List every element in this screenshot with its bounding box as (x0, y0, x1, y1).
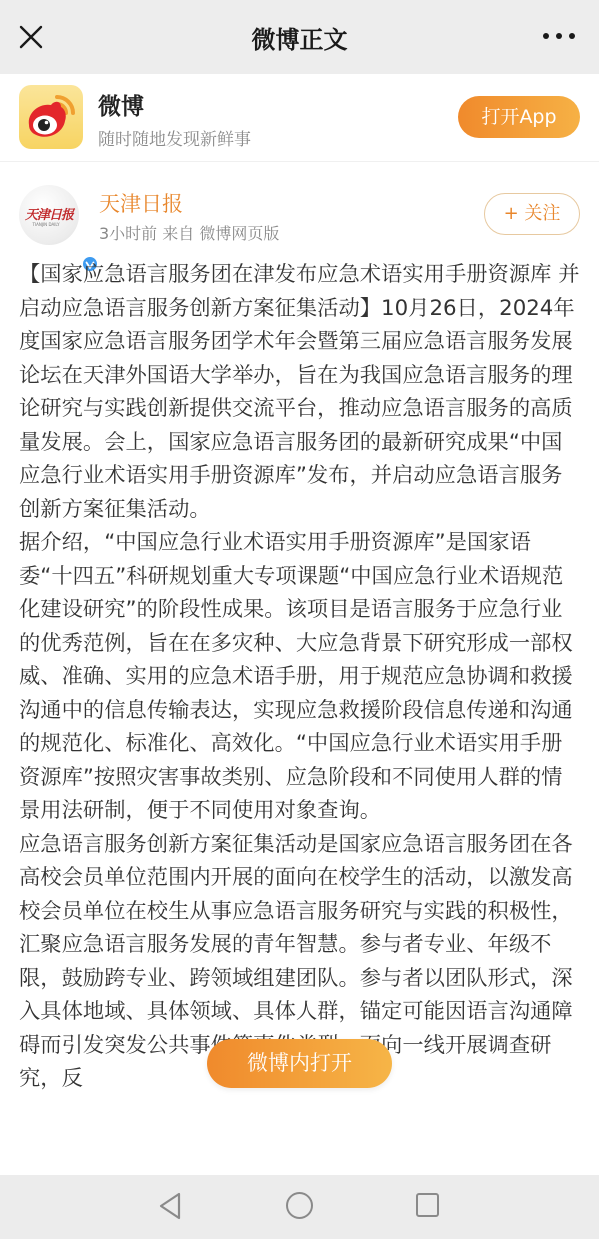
post-paragraph: 据介绍，“中国应急行业术语实用手册资源库”是国家语委“十四五”科研规划重大专项课… (19, 526, 581, 828)
top-navigation-bar: 微博正文 (0, 0, 599, 74)
avatar-logo-subtext: TIANJIN DAILY (19, 222, 73, 227)
more-dot (556, 33, 562, 39)
more-dot (569, 33, 575, 39)
author-header: 天津日报 TIANJIN DAILY 天津日报 3小时前 来自 微博网页版 + … (0, 163, 599, 255)
open-in-weibo-button[interactable]: 微博内打开 (207, 1039, 392, 1088)
more-icon[interactable] (543, 30, 575, 42)
follow-button[interactable]: + 关注 (484, 193, 580, 235)
system-navigation-bar (0, 1175, 599, 1239)
post-source: 来自 微博网页版 (162, 224, 279, 243)
app-slogan: 随时随地发现新鲜事 (98, 125, 251, 150)
page-title: 微博正文 (0, 20, 599, 55)
back-triangle-icon[interactable] (157, 1191, 183, 1221)
post-content: 【国家应急语言服务团在津发布应急术语实用手册资源库 并启动应急语言服务创新方案征… (19, 258, 581, 1096)
app-download-banner: 微博 随时随地发现新鲜事 打开App (0, 74, 599, 162)
more-dot (543, 33, 549, 39)
app-name: 微博 (98, 88, 144, 121)
avatar[interactable]: 天津日报 TIANJIN DAILY (19, 185, 79, 245)
open-app-button[interactable]: 打开App (458, 96, 580, 138)
author-name[interactable]: 天津日报 (99, 188, 183, 218)
weibo-logo-icon (19, 85, 83, 149)
post-meta: 3小时前 来自 微博网页版 (99, 221, 279, 244)
home-circle-icon[interactable] (286, 1192, 313, 1219)
post-time: 3小时前 (99, 224, 157, 243)
recent-apps-square-icon[interactable] (416, 1193, 439, 1217)
post-paragraph: 【国家应急语言服务团在津发布应急术语实用手册资源库 并启动应急语言服务创新方案征… (19, 258, 581, 526)
avatar-logo-text: 天津日报 (21, 204, 77, 223)
